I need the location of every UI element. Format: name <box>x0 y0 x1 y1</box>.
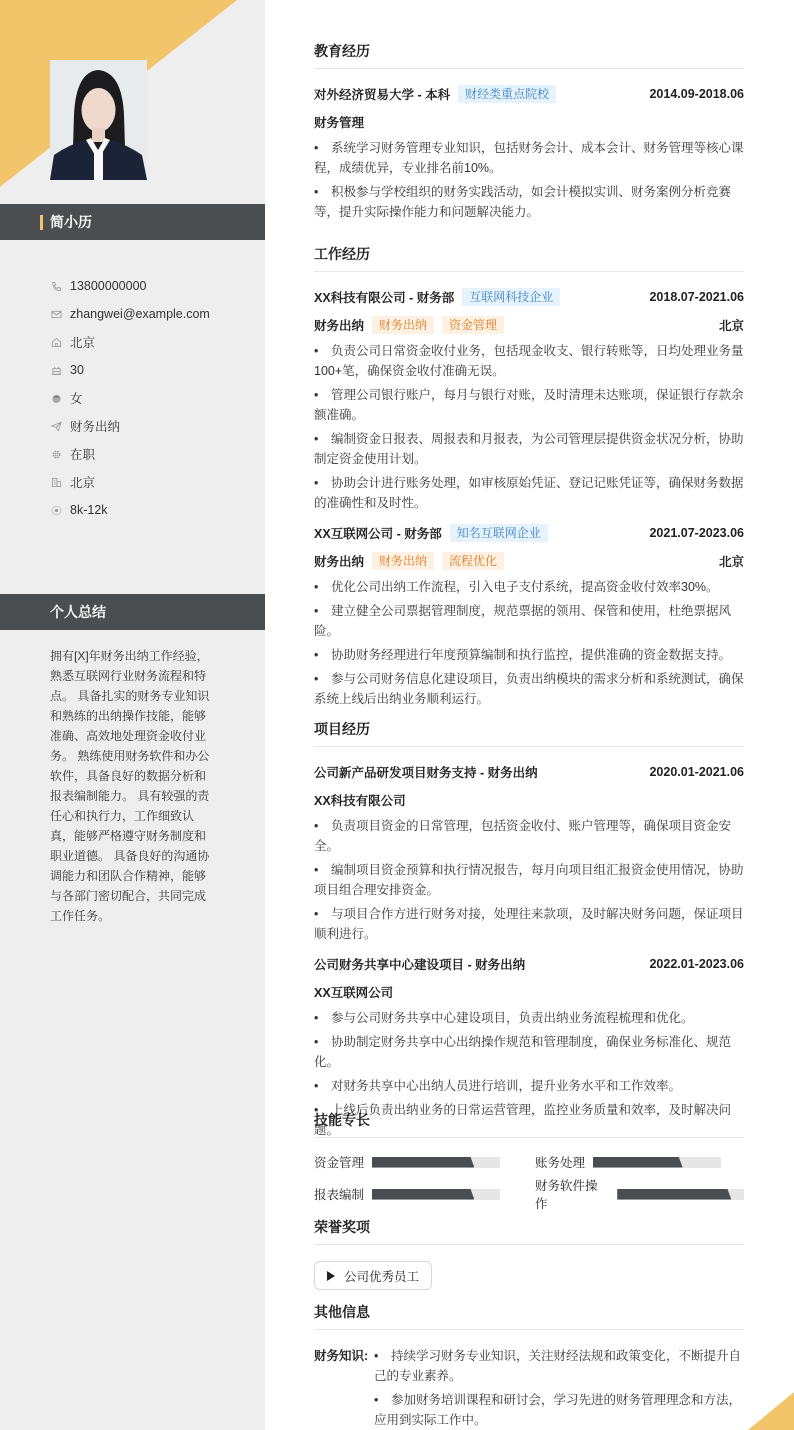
list-item: •对财务共享中心出纳人员进行培训，提升业务水平和工作效率。 <box>314 1076 744 1096</box>
list-item: •负责公司日常资金收付业务，包括现金收支、银行转账等，日均处理业务量100+笔，… <box>314 341 744 381</box>
list-item: •编制项目资金预算和执行情况报告，每月向项目组汇报资金使用情况，协助项目组合理安… <box>314 860 744 900</box>
awards-section: 荣誉奖项 公司优秀员工 <box>314 1217 744 1290</box>
skill-item: 报表编制 <box>314 1184 535 1204</box>
bullet-text: 管理公司银行账户，每月与银行对账，及时清理未达账项，保证银行存款余额准确。 <box>314 388 744 422</box>
skill-tag: 流程优化 <box>442 552 504 570</box>
project-bullets: •负责项目资金的日常管理，包括资金收付、账户管理等，确保项目资金安全。 •编制项… <box>314 816 744 944</box>
resume-header-label: 简小历 <box>50 212 92 232</box>
phone-icon <box>50 280 62 292</box>
contact-value: 13800000000 <box>70 279 146 293</box>
school-name: 对外经济贸易大学 - 本科 <box>314 85 450 103</box>
skill-name: 报表编制 <box>314 1185 364 1203</box>
contact-value: zhangwei@example.com <box>70 307 210 321</box>
list-item: •协助会计进行账务处理，如审核原始凭证、登记记账凭证等，确保财务数据的准确性和及… <box>314 473 744 513</box>
contact-status: 在职 <box>50 440 250 468</box>
skill-item: 财务软件操作 <box>535 1184 744 1204</box>
skill-bar <box>372 1157 500 1168</box>
contact-value: 北京 <box>70 473 95 491</box>
section-title: 项目经历 <box>314 719 744 747</box>
school-tag: 财经类重点院校 <box>458 85 556 103</box>
bullet-text: 持续学习财务专业知识，关注财经法规和政策变化，不断提升自己的专业素养。 <box>374 1349 741 1383</box>
education-date: 2014.09-2018.06 <box>649 87 744 101</box>
bullet-text: 与项目合作方进行财务对接，处理往来款项，及时解决财务问题，保证项目顺利进行。 <box>314 907 744 941</box>
job-location: 北京 <box>719 316 744 334</box>
skill-bar <box>372 1189 500 1200</box>
bullet-text: 参加财务培训课程和研讨会，学习先进的财务管理理念和方法，应用到实际工作中。 <box>374 1393 741 1427</box>
avatar <box>50 60 147 180</box>
list-item: •积极参与学校组织的财务实践活动，如会计模拟实训、财务案例分析竞赛等，提升实际操… <box>314 182 744 222</box>
skill-name: 财务软件操作 <box>535 1176 609 1212</box>
contact-gender: 女 <box>50 384 250 412</box>
section-title: 荣誉奖项 <box>314 1217 744 1245</box>
contact-value: 北京 <box>70 333 95 351</box>
section-title: 技能专长 <box>314 1110 744 1138</box>
summary-header-label: 个人总结 <box>50 602 106 622</box>
gender-icon <box>50 392 62 404</box>
skill-tag: 财务出纳 <box>372 552 434 570</box>
project-date: 2020.01-2021.06 <box>649 765 744 779</box>
skill-bar-fill <box>593 1157 683 1168</box>
bullet-text: 建立健全公司票据管理制度，规范票据的领用、保管和使用，杜绝票据风险。 <box>314 604 731 638</box>
job-bullets: •优化公司出纳工作流程，引入电子支付系统，提高资金收付效率30%。 •建立健全公… <box>314 577 744 709</box>
skill-name: 资金管理 <box>314 1153 364 1171</box>
contact-value: 30 <box>70 363 84 377</box>
contact-work-city: 北京 <box>50 468 250 496</box>
job-header: XX互联网公司 - 财务部 知名互联网企业 2021.07-2023.06 <box>314 523 744 543</box>
bullet-text: 协助会计进行账务处理，如审核原始凭证、登记记账凭证等，确保财务数据的准确性和及时… <box>314 476 744 510</box>
major-label: 财务管理 <box>314 113 364 131</box>
contact-salary: 8k-12k <box>50 496 250 524</box>
job-header: XX科技有限公司 - 财务部 互联网科技企业 2018.07-2021.06 <box>314 287 744 307</box>
contact-email: zhangwei@example.com <box>50 300 250 328</box>
project-name: 公司财务共享中心建设项目 - 财务出纳 <box>314 955 525 973</box>
project-org: XX互联网公司 <box>314 982 744 1002</box>
skill-bar-fill <box>372 1189 474 1200</box>
project-org-label: XX互联网公司 <box>314 983 393 1001</box>
skill-name: 账务处理 <box>535 1153 585 1171</box>
skill-item: 资金管理 <box>314 1152 535 1172</box>
contact-age: 30 <box>50 356 250 384</box>
mail-icon <box>50 308 62 320</box>
project-org: XX科技有限公司 <box>314 790 744 810</box>
section-title: 工作经历 <box>314 244 744 272</box>
skills-section: 技能专长 资金管理 账务处理 报表编制 财务软件操作 <box>314 1110 744 1204</box>
other-section: 其他信息 财务知识: •持续学习财务专业知识，关注财经法规和政策变化，不断提升自… <box>314 1302 744 1430</box>
section-title: 其他信息 <box>314 1302 744 1330</box>
education-bullets: •系统学习财务管理专业知识，包括财务会计、成本会计、财务管理等核心课程，成绩优异… <box>314 138 744 222</box>
bullet-text: 负责项目资金的日常管理，包括资金收付、账户管理等，确保项目资金安全。 <box>314 819 731 853</box>
contact-value: 财务出纳 <box>70 417 120 435</box>
list-item: •参与公司财务信息化建设项目，负责出纳模块的需求分析和系统测试，确保系统上线后出… <box>314 669 744 709</box>
work-section: 工作经历 XX科技有限公司 - 财务部 互联网科技企业 2018.07-2021… <box>314 244 744 709</box>
contact-city: 北京 <box>50 328 250 356</box>
skill-bar-fill <box>617 1189 731 1200</box>
building-icon <box>50 476 62 488</box>
company-tag: 知名互联网企业 <box>450 524 548 542</box>
summary-header-bar: 个人总结 <box>0 594 265 630</box>
award-chip: 公司优秀员工 <box>314 1261 432 1290</box>
salary-icon <box>50 504 62 516</box>
bullet-text: 协助制定财务共享中心出纳操作规范和管理制度，确保业务标准化、规范化。 <box>314 1035 731 1069</box>
skill-tag: 资金管理 <box>442 316 504 334</box>
job-role: 财务出纳 <box>314 552 364 570</box>
list-item: •建立健全公司票据管理制度，规范票据的领用、保管和使用，杜绝票据风险。 <box>314 601 744 641</box>
skill-bar <box>593 1157 721 1168</box>
project-date: 2022.01-2023.06 <box>649 957 744 971</box>
company-name: XX科技有限公司 - 财务部 <box>314 288 454 306</box>
bullet-text: 参与公司财务信息化建设项目，负责出纳模块的需求分析和系统测试，确保系统上线后出纳… <box>314 672 744 706</box>
contact-value: 在职 <box>70 445 95 463</box>
bullet-text: 编制资金日报表、周报表和月报表，为公司管理层提供资金状况分析，协助制定资金使用计… <box>314 432 744 466</box>
other-info: 财务知识: •持续学习财务专业知识，关注财经法规和政策变化，不断提升自己的专业素… <box>314 1346 744 1430</box>
home-icon <box>50 336 62 348</box>
send-icon <box>50 420 62 432</box>
list-item: •系统学习财务管理专业知识，包括财务会计、成本会计、财务管理等核心课程，成绩优异… <box>314 138 744 178</box>
bullet-text: 系统学习财务管理专业知识，包括财务会计、成本会计、财务管理等核心课程，成绩优异，… <box>314 141 744 175</box>
bullet-text: 协助财务经理进行年度预算编制和执行监控，提供准确的资金数据支持。 <box>331 648 731 662</box>
summary-text: 拥有[X]年财务出纳工作经验，熟悉互联网行业财务流程和特点。 具备扎实的财务专业… <box>50 646 212 926</box>
decorative-corner-bottom <box>748 1392 794 1430</box>
list-item: •参加财务培训课程和研讨会，学习先进的财务管理理念和方法，应用到实际工作中。 <box>374 1390 744 1430</box>
list-item: •与项目合作方进行财务对接，处理往来款项，及时解决财务问题，保证项目顺利进行。 <box>314 904 744 944</box>
other-bullets: •持续学习财务专业知识，关注财经法规和政策变化，不断提升自己的专业素养。 •参加… <box>374 1346 744 1430</box>
education-entry-header: 对外经济贸易大学 - 本科 财经类重点院校 2014.09-2018.06 <box>314 84 744 104</box>
list-item: •编制资金日报表、周报表和月报表，为公司管理层提供资金状况分析，协助制定资金使用… <box>314 429 744 469</box>
list-item: •管理公司银行账户，每月与银行对账，及时清理未达账项，保证银行存款余额准确。 <box>314 385 744 425</box>
job-date: 2018.07-2021.06 <box>649 290 744 304</box>
gear-icon <box>50 448 62 460</box>
bullet-text: 对财务共享中心出纳人员进行培训，提升业务水平和工作效率。 <box>331 1079 681 1093</box>
project-header: 公司新产品研发项目财务支持 - 财务出纳 2020.01-2021.06 <box>314 762 744 782</box>
triangle-icon <box>327 1271 335 1281</box>
sidebar: 简小历 13800000000 zhangwei@example.com 北京 … <box>0 0 265 1430</box>
skills-grid: 资金管理 账务处理 报表编制 财务软件操作 <box>314 1152 744 1204</box>
company-name: XX互联网公司 - 财务部 <box>314 524 442 542</box>
list-item: •负责项目资金的日常管理，包括资金收付、账户管理等，确保项目资金安全。 <box>314 816 744 856</box>
project-name: 公司新产品研发项目财务支持 - 财务出纳 <box>314 763 538 781</box>
project-header: 公司财务共享中心建设项目 - 财务出纳 2022.01-2023.06 <box>314 954 744 974</box>
bullet-text: 优化公司出纳工作流程，引入电子支付系统，提高资金收付效率30%。 <box>331 580 719 594</box>
age-icon <box>50 364 62 376</box>
skill-tag: 财务出纳 <box>372 316 434 334</box>
job-role: 财务出纳 <box>314 316 364 334</box>
job-bullets: •负责公司日常资金收付业务，包括现金收支、银行转账等，日均处理业务量100+笔，… <box>314 341 744 513</box>
skill-bar-fill <box>372 1157 474 1168</box>
contact-value: 8k-12k <box>70 503 108 517</box>
list-item: •优化公司出纳工作流程，引入电子支付系统，提高资金收付效率30%。 <box>314 577 744 597</box>
bullet-text: 负责公司日常资金收付业务，包括现金收支、银行转账等，日均处理业务量100+笔，确… <box>314 344 744 378</box>
contact-position: 财务出纳 <box>50 412 250 440</box>
other-label: 财务知识: <box>314 1346 374 1430</box>
list-item: •持续学习财务专业知识，关注财经法规和政策变化，不断提升自己的专业素养。 <box>374 1346 744 1386</box>
award-label: 公司优秀员工 <box>344 1267 419 1285</box>
list-item: •参与公司财务共享中心建设项目，负责出纳业务流程梳理和优化。 <box>314 1008 744 1028</box>
contact-value: 女 <box>70 389 83 407</box>
major: 财务管理 <box>314 112 744 132</box>
accent-mark <box>40 215 43 230</box>
list-item: •协助制定财务共享中心出纳操作规范和管理制度，确保业务标准化、规范化。 <box>314 1032 744 1072</box>
company-tag: 互联网科技企业 <box>462 288 560 306</box>
job-date: 2021.07-2023.06 <box>649 526 744 540</box>
projects-section: 项目经历 公司新产品研发项目财务支持 - 财务出纳 2020.01-2021.0… <box>314 719 744 1140</box>
project-org-label: XX科技有限公司 <box>314 791 406 809</box>
resume-header-bar: 简小历 <box>0 204 265 240</box>
skill-item: 账务处理 <box>535 1152 744 1172</box>
bullet-text: 参与公司财务共享中心建设项目，负责出纳业务流程梳理和优化。 <box>331 1011 694 1025</box>
bullet-text: 编制项目资金预算和执行情况报告，每月向项目组汇报资金使用情况，协助项目组合理安排… <box>314 863 744 897</box>
contact-phone: 13800000000 <box>50 272 250 300</box>
job-subheader: 财务出纳 财务出纳 流程优化 北京 <box>314 551 744 571</box>
section-title: 教育经历 <box>314 41 744 69</box>
job-subheader: 财务出纳 财务出纳 资金管理 北京 <box>314 315 744 335</box>
skill-bar <box>617 1189 744 1200</box>
job-location: 北京 <box>719 552 744 570</box>
bullet-text: 积极参与学校组织的财务实践活动，如会计模拟实训、财务案例分析竞赛等，提升实际操作… <box>314 185 731 219</box>
list-item: •协助财务经理进行年度预算编制和执行监控，提供准确的资金数据支持。 <box>314 645 744 665</box>
contact-list: 13800000000 zhangwei@example.com 北京 30 女… <box>50 272 250 524</box>
education-section: 教育经历 对外经济贸易大学 - 本科 财经类重点院校 2014.09-2018.… <box>314 41 744 222</box>
